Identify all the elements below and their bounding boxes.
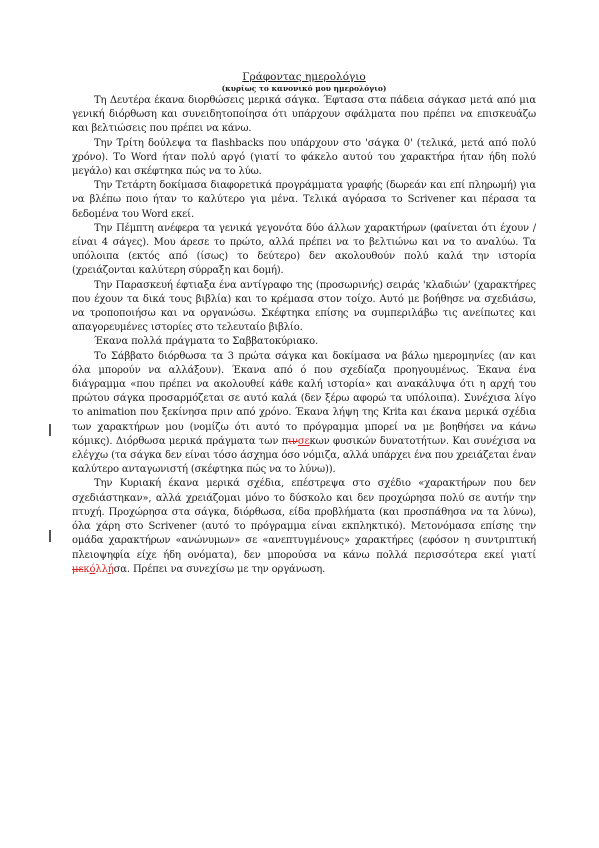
paragraph-sunday: Την Κυριακή έκανα μερικά σχέδια, επέστρε… <box>72 477 536 576</box>
change-bar <box>49 530 51 542</box>
paragraph-thursday: Την Πέμπτη ανέφερα τα γενικά γεγονότα δύ… <box>72 222 536 279</box>
tracked-insertion[interactable]: σε <box>298 436 310 447</box>
paragraph-friday: Την Παρασκευή έφτιαξα ένα αντίγραφο της … <box>72 279 536 336</box>
sunday-text: Την Κυριακή έκανα μερικά σχέδια, επέστρε… <box>72 478 536 560</box>
paragraph-saturday: Το Σάββατο διόρθωσα τα 3 πρώτα σάγκα και… <box>72 350 536 478</box>
change-bar <box>49 424 51 436</box>
tracked-change-word[interactable]: κόλλή <box>83 564 113 575</box>
paragraph-wednesday: Την Τετάρτη δοκίμασα διαφορετικά προγράμ… <box>72 179 536 222</box>
paragraph-weekend: Έκανα πολλά πράγματα το Σαββατοκύριακο. <box>72 335 536 349</box>
document-subtitle: (κυρίως το κανονικό μου ημερολόγιο) <box>72 84 536 94</box>
document-page: Γράφοντας ημερολόγιο (κυρίως το κανονικό… <box>72 71 536 577</box>
sunday-text-cont: σα. Πρέπει να συνεχίσω με την οργάνωση. <box>114 564 326 575</box>
tracked-deletion[interactable]: ιν <box>288 436 298 447</box>
tracked-deletion[interactable]: με <box>72 564 83 575</box>
document-title: Γράφοντας ημερολόγιο <box>72 71 536 84</box>
paragraph-monday: Τη Δευτέρα έκανα διορθώσεις μερικά σάγκα… <box>72 94 536 137</box>
paragraph-tuesday: Την Τρίτη δούλεψα τα flashbacks που υπάρ… <box>72 137 536 180</box>
saturday-text: Το Σάββατο διόρθωσα τα 3 πρώτα σάγκα και… <box>72 351 536 447</box>
